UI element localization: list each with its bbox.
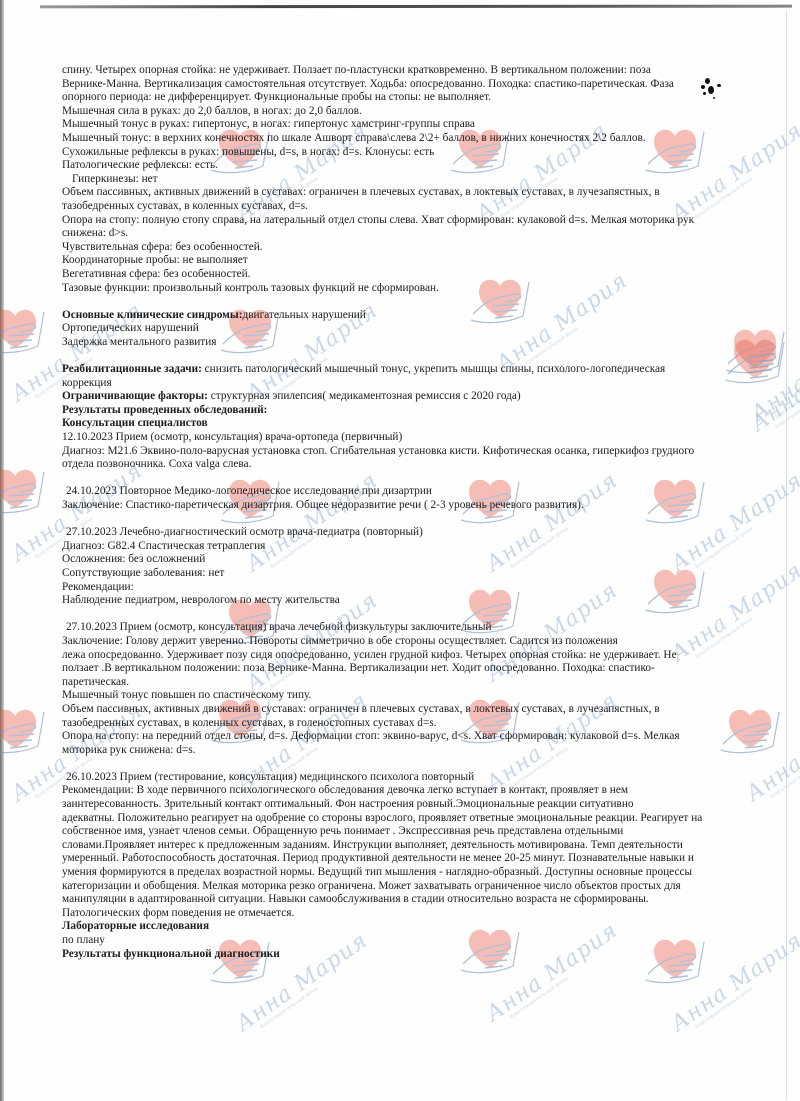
syndrome-item: Задержка ментального развития <box>62 336 752 350</box>
heart-hand-logo-icon <box>0 700 50 760</box>
consultation-line: Сопутствующие заболевания: нет <box>62 567 752 581</box>
rehab-tasks: Реабилитационные задачи: снизить патолог… <box>62 363 752 377</box>
exam-line: Координаторные пробы: не выполняет <box>62 254 752 268</box>
consultation-title: 24.10.2023 Повторное Медико-логопедическ… <box>62 485 752 499</box>
consultation-entry: 27.10.2023 Прием (осмотр, консультация) … <box>62 608 752 758</box>
consultation-line: Рекомендации: <box>62 581 752 595</box>
consultation-entry: 26.10.2023 Прием (тестирование, консульт… <box>62 757 752 920</box>
syndrome-item: Ортопедических нарушений <box>62 322 752 336</box>
exam-line: Мышечная сила в руках: до 2,0 баллов, в … <box>62 105 752 119</box>
exam-line: Тазовые функции: произвольный контроль т… <box>62 282 752 296</box>
consultation-title: 26.10.2023 Прием (тестирование, консульт… <box>62 771 752 785</box>
consultation-line: заинтересованность. Зрительный контакт о… <box>62 798 752 812</box>
exam-line: Патологические рефлексы: есть. <box>62 159 752 173</box>
consultation-title: 27.10.2023 Прием (осмотр, консультация) … <box>62 621 752 635</box>
consultation-line: отдела позвоночника. Coxa valga слева. <box>62 458 752 472</box>
consultation-line: Патологических форм поведения не отмечае… <box>62 907 752 921</box>
exam-line: снижена: d>s. <box>62 227 752 241</box>
exam-line: Мышечный тонус в руках: гипертонус, в но… <box>62 118 752 132</box>
rehab-tasks-text: снизить патологический мышечный тонус, у… <box>202 363 665 375</box>
results-heading: Результаты проведенных обследований: <box>62 404 752 418</box>
consultation-line: манипуляции в адаптированной ситуации. Н… <box>62 893 752 907</box>
consultation-entry: 27.10.2023 Лечебно-диагностический осмот… <box>62 513 752 608</box>
limiting-factors-label: Ограничивающие факторы: <box>62 390 208 402</box>
consultation-line: адекватны. Положительно реагирует на одо… <box>62 812 752 826</box>
consultation-title: 12.10.2023 Прием (осмотр, консультация) … <box>62 431 752 445</box>
exam-line: спину. Четырех опорная стойка: не удержи… <box>62 64 752 78</box>
consultation-line: паретическая. <box>62 676 752 690</box>
consultation-line: Заключение: Голову держит уверенно. Пово… <box>62 635 752 649</box>
consultation-line: ползает .В вертикальном положении: поза … <box>62 662 752 676</box>
exam-line: Вернике-Манна. Вертикализация самостояте… <box>62 78 752 92</box>
scan-top-edge-line <box>40 5 792 9</box>
consultations-heading: Консультации специалистов <box>62 417 752 431</box>
consultation-line: моторика рук снижена: d=s. <box>62 744 752 758</box>
consultation-line: умения формируются в пределах возрастной… <box>62 866 752 880</box>
consultation-line: Заключение: Спастико-паретическая дизарт… <box>62 499 752 513</box>
exam-findings: спину. Четырех опорная стойка: не удержи… <box>62 64 752 173</box>
exam-findings-continued: Объем пассивных, активных движений в сус… <box>62 186 752 295</box>
clinical-syndromes-first: двигательных нарушений <box>242 309 365 321</box>
consultation-entry: 12.10.2023 Прием (осмотр, консультация) … <box>62 431 752 472</box>
rehab-tasks-text-continued: коррекция <box>62 377 752 391</box>
clinical-syndromes-label: Основные клинические синдромы: <box>62 309 242 321</box>
consultation-line: Опора на стопу: на передний отдел стопы,… <box>62 730 752 744</box>
exam-line: Опора на стопу: полную стопу справа, на … <box>62 214 752 228</box>
consultation-line: умеренный. Работоспособность достаточная… <box>62 852 752 866</box>
scanned-document-page: Анна Марияблаготворительный фондАнна Мар… <box>0 0 800 1101</box>
heart-hand-logo-icon <box>0 300 50 360</box>
rehab-tasks-label: Реабилитационные задачи: <box>62 363 202 375</box>
consultation-line: Наблюдение педиатром, неврологом по мест… <box>62 594 752 608</box>
exam-line: опорного периода: не дифференцирует. Фун… <box>62 91 752 105</box>
clinical-syndromes: Основные клинические синдромы:двигательн… <box>62 309 752 323</box>
limiting-factors-text: структурная эпилепсия( медикаментозная р… <box>208 390 521 402</box>
exam-line: Вегетативная сфера: без особенностей. <box>62 268 752 282</box>
consultation-entry: 24.10.2023 Повторное Медико-логопедическ… <box>62 472 752 513</box>
consultation-line: словами.Проявляет интерес к предложенным… <box>62 839 752 853</box>
consultations-list: 12.10.2023 Прием (осмотр, консультация) … <box>62 431 752 920</box>
consultation-title: 27.10.2023 Лечебно-диагностический осмот… <box>62 526 752 540</box>
consultation-line: лежа опосредованно. Удерживает позу сидя… <box>62 649 752 663</box>
scan-right-edge <box>786 10 787 1100</box>
limiting-factors: Ограничивающие факторы: структурная эпил… <box>62 390 752 404</box>
hyperkinesis-line: Гиперкинезы: нет <box>62 173 752 187</box>
consultation-line: тазобедренных суставах, в коленных суста… <box>62 717 752 731</box>
heart-hand-logo-icon <box>0 460 50 520</box>
lab-text: по плану <box>62 934 752 948</box>
consultation-line: категоризации и обобщения. Мелкая мотори… <box>62 880 752 894</box>
consultation-line: Мышечный тонус повышен по спастическому … <box>62 689 752 703</box>
consultation-line: Диагноз: M21.6 Эквино-поло-варусная уста… <box>62 445 752 459</box>
exam-line: Объем пассивных, активных движений в сус… <box>62 186 752 200</box>
consultation-line: собственное имя, узнает членов семьи. Об… <box>62 825 752 839</box>
consultation-line: Объем пассивных, активных движений в сус… <box>62 703 752 717</box>
exam-line: Чувствительная сфера: без особенностей. <box>62 241 752 255</box>
exam-line: Сухожильные рефлексы в руках: повышены, … <box>62 146 752 160</box>
lab-heading: Лабораторные исследования <box>62 920 752 934</box>
document-body: спину. Четырех опорная стойка: не удержи… <box>62 64 752 961</box>
consultation-line: Диагноз: G82.4 Спастическая тетраплегия <box>62 540 752 554</box>
functional-diagnostics-heading: Результаты функциональной диагностики <box>62 948 752 962</box>
scan-left-edge <box>0 0 4 1101</box>
consultation-line: Осложнения: без осложнений <box>62 553 752 567</box>
consultation-line: Рекомендации: В ходе первичного психолог… <box>62 784 752 798</box>
exam-line: тазобедренных суставах, в коленных суста… <box>62 200 752 214</box>
exam-line: Мышечный тонус: в верхних конечностях по… <box>62 132 752 146</box>
